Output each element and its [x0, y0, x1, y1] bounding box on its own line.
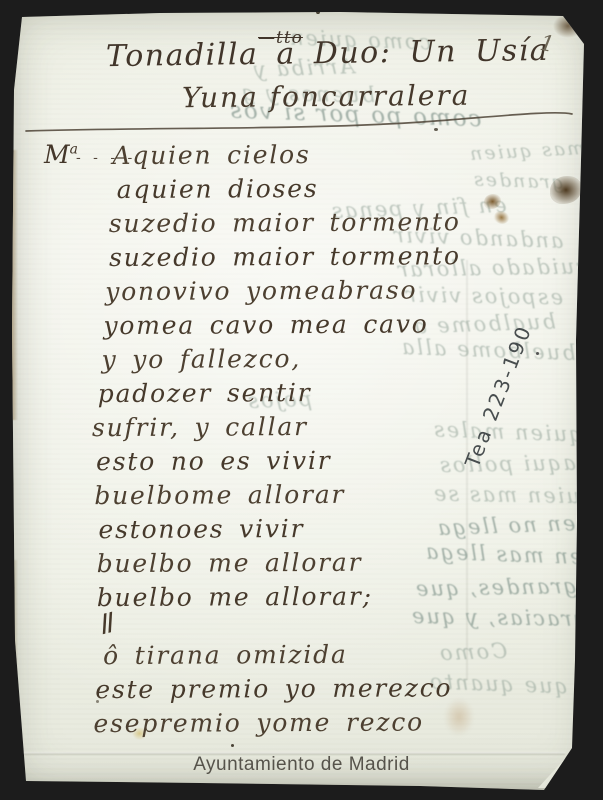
verse-line: padozer sentir	[98, 375, 530, 411]
verse-line: suzedio maior tormento	[109, 205, 529, 241]
manuscript-title-line1: Tonadilla a Duo: Un Usía	[106, 33, 550, 74]
speaker-initial: M	[44, 140, 70, 169]
title-rule	[22, 104, 580, 138]
corner-stain	[553, 14, 583, 38]
ink-speck	[231, 744, 234, 747]
archive-watermark: Ayuntamiento de Madrid	[0, 754, 603, 776]
verse-body: Aquien cielos aquien dioses suzedio maio…	[88, 137, 531, 741]
verse-line: y yo fallezco,	[101, 341, 529, 377]
verse-line: estonoes vivir	[98, 511, 530, 547]
verse-line: suzedio maior tormento	[109, 239, 529, 275]
verse-line: yonovivo yomeabraso	[105, 273, 529, 309]
scan-background: como quien Arriba y buenos y g como po p…	[0, 0, 603, 800]
page-number: 1	[538, 31, 556, 58]
verse-line: sufrir, y callar	[92, 409, 530, 445]
verse-line: aquien dioses	[117, 171, 529, 207]
verse-line: buelbo me allorar;	[97, 579, 531, 615]
ink-speck	[316, 10, 320, 14]
verse-line: Aquien cielos	[112, 137, 528, 173]
verse-line: yomea cavo mea cavo	[103, 307, 529, 343]
speaker-label: Ma	[44, 140, 78, 169]
binding-edge	[11, 150, 18, 420]
edge-stain	[550, 176, 582, 204]
verse-line: este premio yo merezco	[95, 671, 531, 707]
manuscript-page: como quien Arriba y buenos y g como po p…	[0, 0, 603, 800]
verse-line: buelbome allorar	[94, 477, 530, 513]
verse-line: ô tirana omizida	[103, 637, 531, 673]
ink-speck	[536, 352, 539, 355]
verse-line: buelbo me allorar	[97, 545, 531, 581]
binding-edge-lower	[13, 560, 18, 750]
verse-line: esepremio yome rezco	[93, 705, 531, 741]
